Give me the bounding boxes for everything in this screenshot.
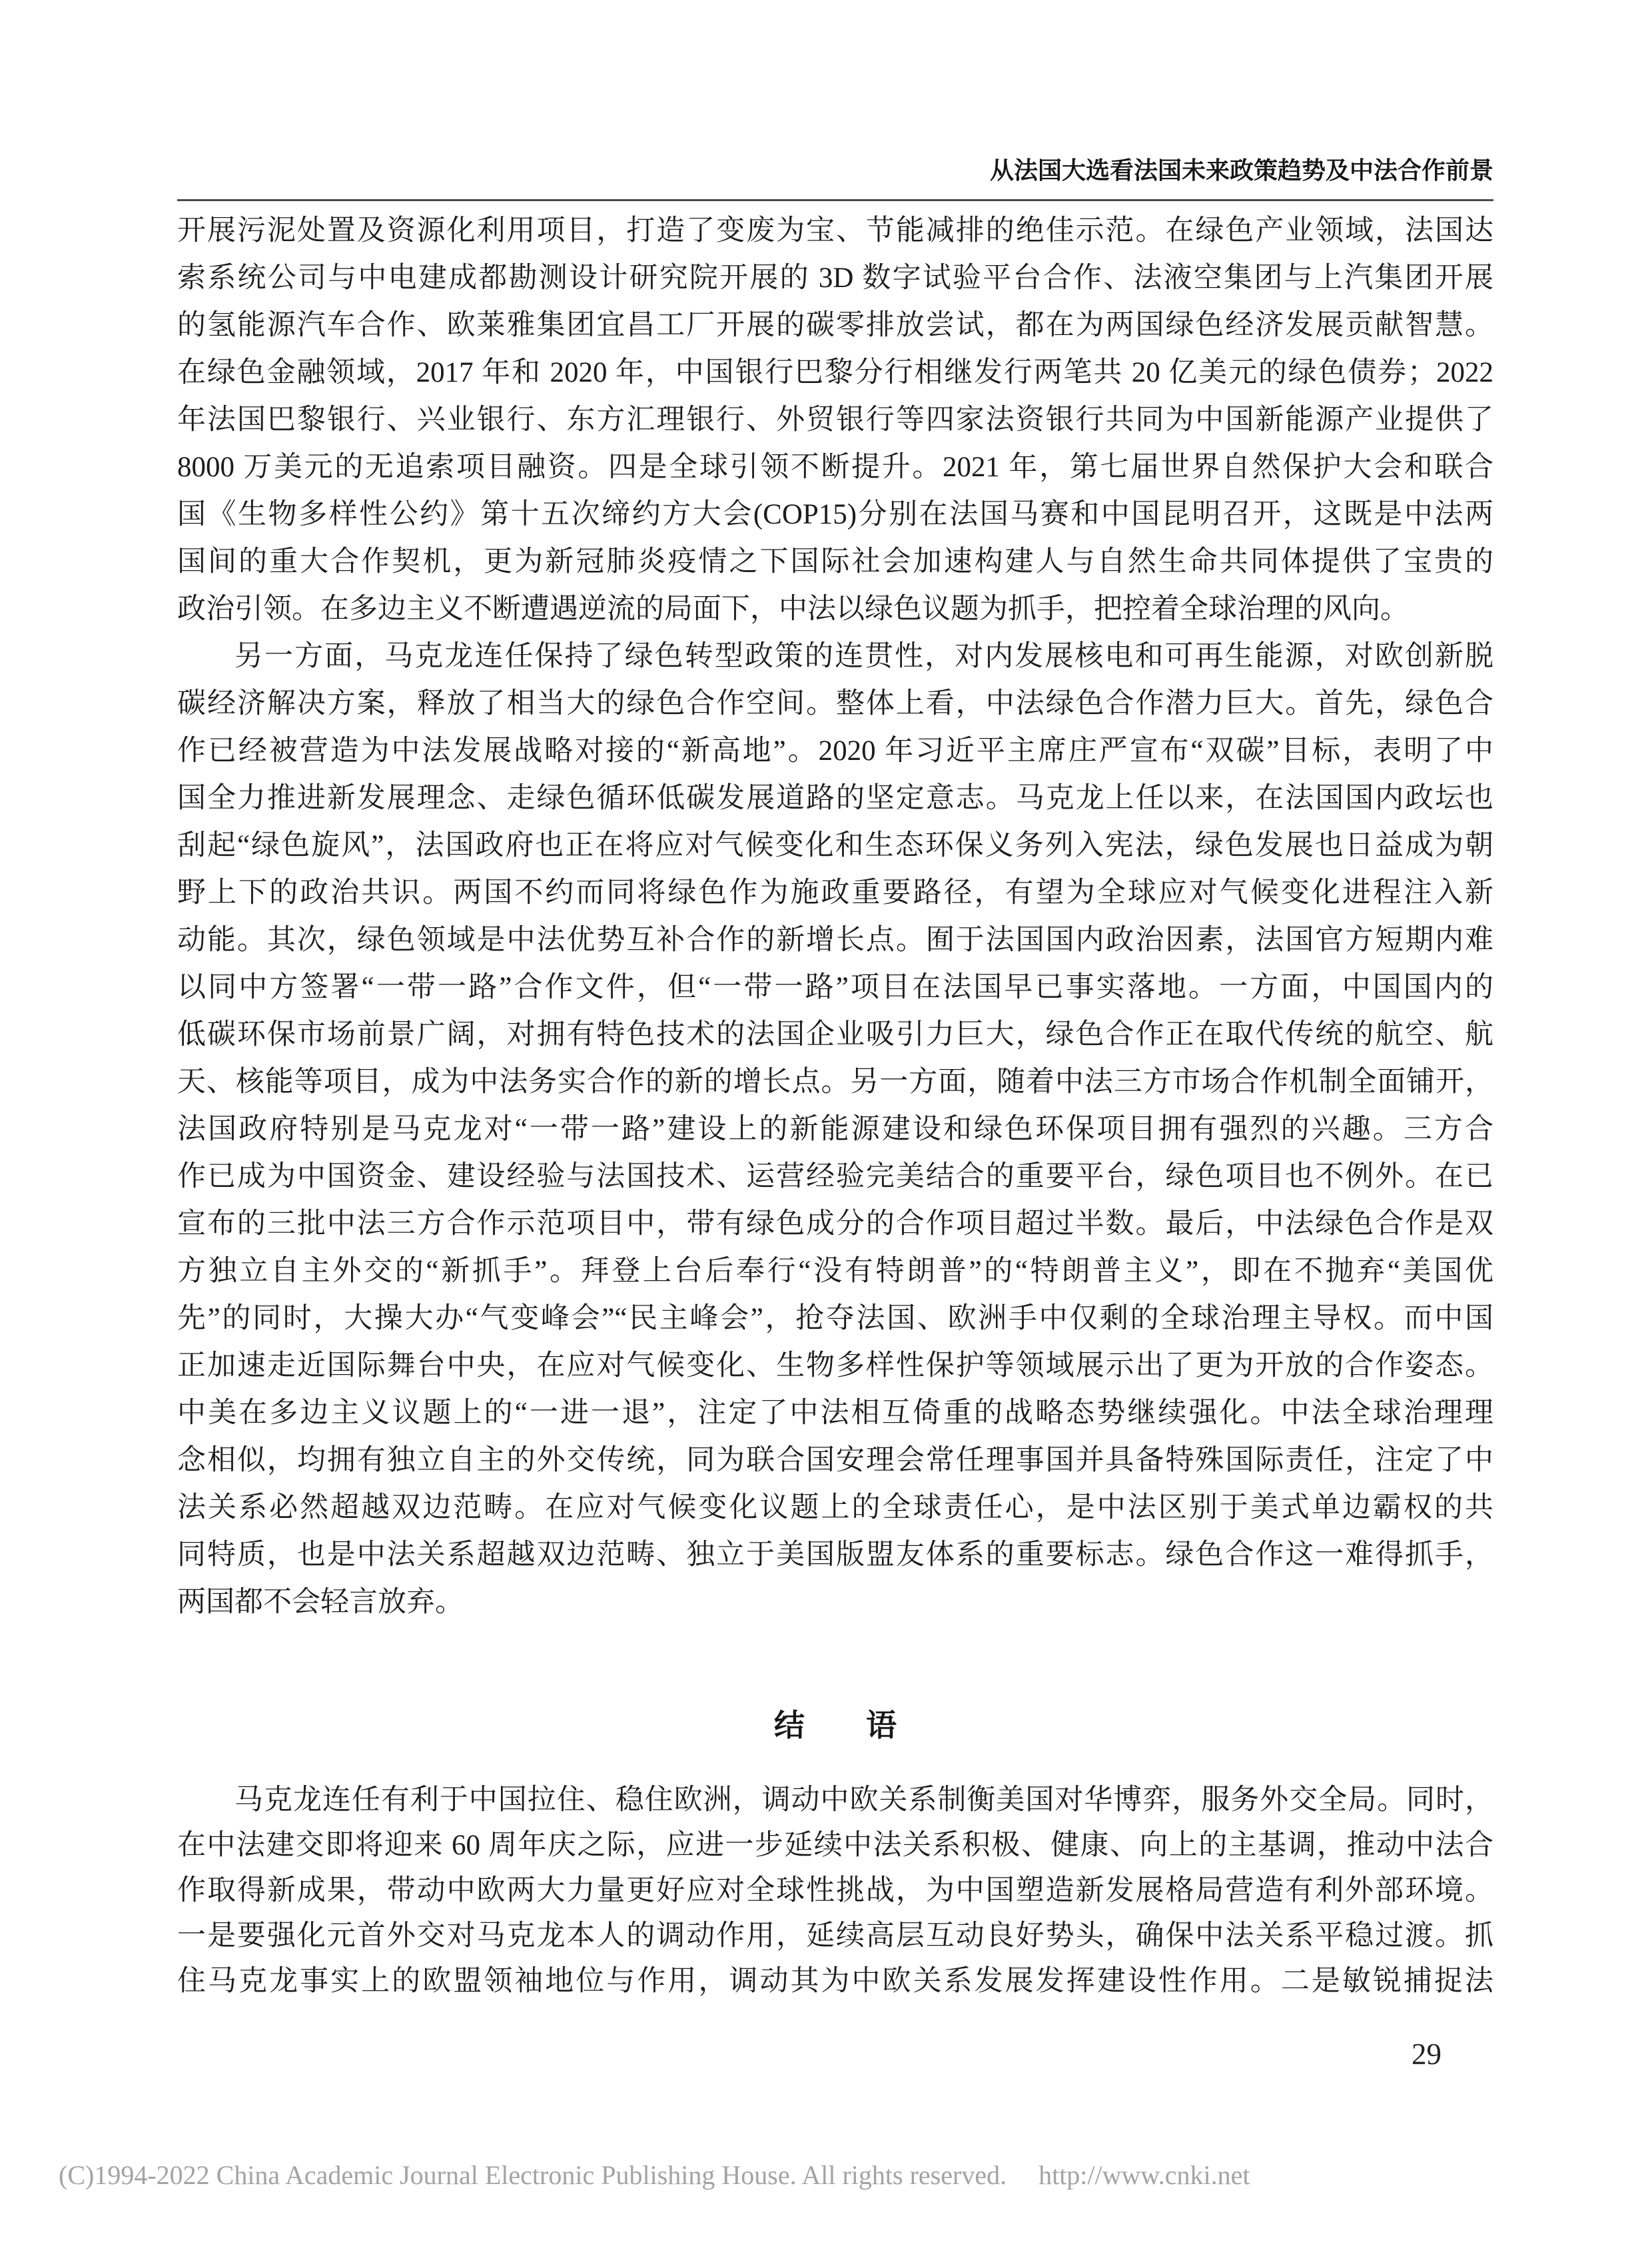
text-line: 的氢能源汽车合作、欧莱雅集团宜昌工厂开展的碳零排放尝试，都在为两国绿色经济发展贡… bbox=[177, 302, 1493, 349]
text-line: 另一方面，马克龙连任保持了绿色转型政策的连贯性，对内发展核电和可再生能源，对欧创… bbox=[177, 633, 1493, 680]
text-line: 国《生物多样性公约》第十五次缔约方大会(COP15)分别在法国马赛和中国昆明召开… bbox=[177, 491, 1493, 538]
text-line: 作已经被营造为中法发展战略对接的“新高地”。2020 年习近平主席庄严宣布“双碳… bbox=[177, 727, 1493, 775]
text-line: 碳经济解决方案，释放了相当大的绿色合作空间。整体上看，中法绿色合作潜力巨大。首先… bbox=[177, 680, 1493, 727]
text-line: 同特质，也是中法关系超越双边范畴、独立于美国版盟友体系的重要标志。绿色合作这一难… bbox=[177, 1531, 1493, 1579]
conclusion-heading: 结 语 bbox=[177, 1698, 1493, 1752]
text-line: 野上下的政治共识。两国不约而同将绿色作为施政重要路径，有望为全球应对气候变化进程… bbox=[177, 869, 1493, 917]
text-line: 国全力推进新发展理念、走绿色循环低碳发展道路的坚定意志。马克龙上任以来，在法国国… bbox=[177, 775, 1493, 822]
running-title: 从法国大选看法国未来政策趋势及中法合作前景 bbox=[177, 152, 1493, 186]
text-line: 刮起“绿色旋风”，法国政府也正在将应对气候变化和生态环保义务列入宪法，绿色发展也… bbox=[177, 822, 1493, 869]
text-line: 住马克龙事实上的欧盟领袖地位与作用，调动其为中欧关系发展发挥建设性作用。二是敏锐… bbox=[177, 1959, 1493, 2004]
text-line: 马克龙连任有利于中国拉住、稳住欧洲，调动中欧关系制衡美国对华博弈，服务外交全局。… bbox=[177, 1778, 1493, 1823]
text-line: 低碳环保市场前景广阔，对拥有特色技术的法国企业吸引力巨大，绿色合作正在取代传统的… bbox=[177, 1011, 1493, 1058]
text-line: 以同中方签署“一带一路”合作文件，但“一带一路”项目在法国早已事实落地。一方面，… bbox=[177, 964, 1493, 1011]
text-line: 在绿色金融领域，2017 年和 2020 年，中国银行巴黎分行相继发行两笔共 2… bbox=[177, 349, 1493, 396]
text-line: 天、核能等项目，成为中法务实合作的新的增长点。另一方面，随着中法三方市场合作机制… bbox=[177, 1058, 1493, 1106]
text-line: 方独立自主外交的“新抓手”。拜登上台后奉行“没有特朗普”的“特朗普主义”，即在不… bbox=[177, 1248, 1493, 1295]
text-line: 在中法建交即将迎来 60 周年庆之际，应进一步延续中法关系积极、健康、向上的主基… bbox=[177, 1823, 1493, 1868]
text-line: 两国都不会轻言放弃。 bbox=[177, 1579, 1493, 1626]
text-line: 法关系必然超越双边范畴。在应对气候变化议题上的全球责任心，是中法区别于美式单边霸… bbox=[177, 1484, 1493, 1531]
body-text: 开展污泥处置及资源化利用项目，打造了变废为宝、节能减排的绝佳示范。在绿色产业领域… bbox=[177, 207, 1493, 1626]
text-line: 一是要强化元首外交对马克龙本人的调动作用，延续高层互动良好势头，确保中法关系平稳… bbox=[177, 1914, 1493, 1959]
footer: (C)1994-2022 China Academic Journal Elec… bbox=[59, 2159, 1593, 2191]
text-line: 正加速走近国际舞台中央，在应对气候变化、生物多样性保护等领域展示出了更为开放的合… bbox=[177, 1342, 1493, 1389]
footer-url: http://www.cnki.net bbox=[1038, 2160, 1250, 2190]
text-line: 中美在多边主义议题上的“一进一退”，注定了中法相互倚重的战略态势继续强化。中法全… bbox=[177, 1389, 1493, 1437]
page: 从法国大选看法国未来政策趋势及中法合作前景 开展污泥处置及资源化利用项目，打造了… bbox=[0, 0, 1652, 2242]
page-number: 29 bbox=[177, 2037, 1493, 2071]
text-line: 8000 万美元的无追索项目融资。四是全球引领不断提升。2021 年，第七届世界… bbox=[177, 444, 1493, 491]
text-line: 年法国巴黎银行、兴业银行、东方汇理银行、外贸银行等四家法资银行共同为中国新能源产… bbox=[177, 396, 1493, 444]
conclusion-text: 马克龙连任有利于中国拉住、稳住欧洲，调动中欧关系制衡美国对华博弈，服务外交全局。… bbox=[177, 1778, 1493, 2004]
text-line: 国间的重大合作契机，更为新冠肺炎疫情之下国际社会加速构建人与自然生命共同体提供了… bbox=[177, 538, 1493, 585]
text-line: 开展污泥处置及资源化利用项目，打造了变废为宝、节能减排的绝佳示范。在绿色产业领域… bbox=[177, 207, 1493, 254]
text-line: 念相似，均拥有独立自主的外交传统，同为联合国安理会常任理事国并具备特殊国际责任，… bbox=[177, 1437, 1493, 1484]
text-line: 法国政府特别是马克龙对“一带一路”建设上的新能源建设和绿色环保项目拥有强烈的兴趣… bbox=[177, 1106, 1493, 1153]
text-line: 政治引领。在多边主义不断遭遇逆流的局面下，中法以绿色议题为抓手，把控着全球治理的… bbox=[177, 585, 1493, 633]
footer-copyright: (C)1994-2022 China Academic Journal Elec… bbox=[59, 2160, 1007, 2190]
text-line: 作已成为中国资金、建设经验与法国技术、运营经验完美结合的重要平台，绿色项目也不例… bbox=[177, 1153, 1493, 1200]
text-line: 动能。其次，绿色领域是中法优势互补合作的新增长点。囿于法国国内政治因素，法国官方… bbox=[177, 917, 1493, 964]
text-line: 宣布的三批中法三方合作示范项目中，带有绿色成分的合作项目超过半数。最后，中法绿色… bbox=[177, 1200, 1493, 1248]
text-line: 索系统公司与中电建成都勘测设计研究院开展的 3D 数字试验平台合作、法液空集团与… bbox=[177, 254, 1493, 302]
text-line: 作取得新成果，带动中欧两大力量更好应对全球性挑战，为中国塑造新发展格局营造有利外… bbox=[177, 1868, 1493, 1914]
header-divider bbox=[177, 199, 1493, 201]
text-line: 先”的同时，大操大办“气变峰会”“民主峰会”，抢夺法国、欧洲手中仅剩的全球治理主… bbox=[177, 1295, 1493, 1342]
